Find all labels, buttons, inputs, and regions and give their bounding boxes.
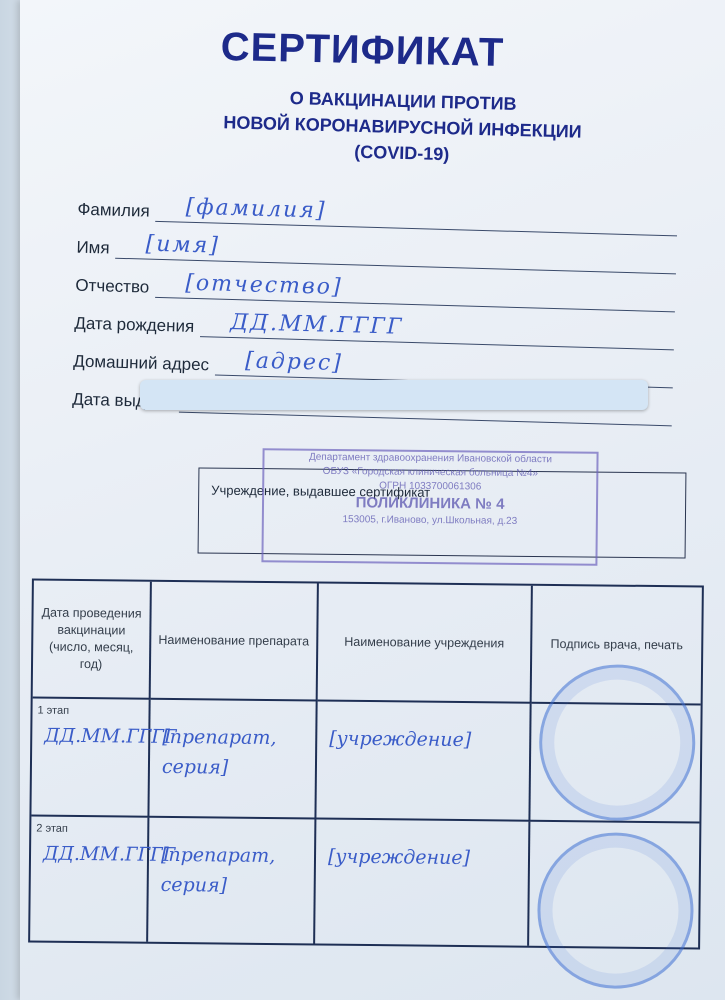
vaccination-table: Дата проведения вакцинации (число, месяц… — [28, 578, 704, 949]
field-value: [отчество] — [185, 271, 343, 300]
field-value: [фамилия] — [185, 195, 326, 224]
doctor-seal-icon — [537, 832, 695, 990]
redaction-bar — [140, 380, 648, 410]
row-institution: [учреждение] — [317, 701, 530, 755]
field-label: Фамилия — [77, 200, 150, 222]
field-label: Дата рождения — [74, 314, 194, 337]
field-value: ДД.ММ.ГГГГ — [230, 310, 404, 340]
row2-date-cell: 2 этап ДД.ММ.ГГГГ — [30, 816, 149, 941]
institution-stamp: Департамент здравоохранения Ивановской о… — [261, 448, 598, 566]
row-vaccine: [препарат, серия] — [150, 700, 316, 784]
header-institution: Наименование учреждения — [318, 583, 533, 703]
header-date: Дата проведения вакцинации (число, месяц… — [33, 581, 152, 700]
field-value: [адрес] — [245, 348, 343, 376]
row1-date-cell: 1 этап ДД.ММ.ГГГГ — [31, 699, 150, 818]
row-institution: [учреждение] — [316, 819, 529, 873]
stamp-address: 153005, г.Иваново, ул.Школьная, д.23 — [264, 512, 596, 529]
stage-label: 2 этап — [36, 823, 68, 835]
row1-signature-cell — [530, 704, 700, 824]
row2-signature-cell — [529, 822, 699, 948]
header-vaccine: Наименование препарата — [151, 582, 319, 702]
field-label: Имя — [76, 238, 110, 259]
stage-label: 1 этап — [37, 705, 69, 717]
row-vaccine: [препарат, серия] — [149, 818, 315, 902]
field-label: Отчество — [75, 276, 149, 298]
doctor-seal-icon — [538, 664, 696, 822]
field-value: [имя] — [145, 232, 220, 259]
field-label: Домашний адрес — [73, 352, 209, 376]
